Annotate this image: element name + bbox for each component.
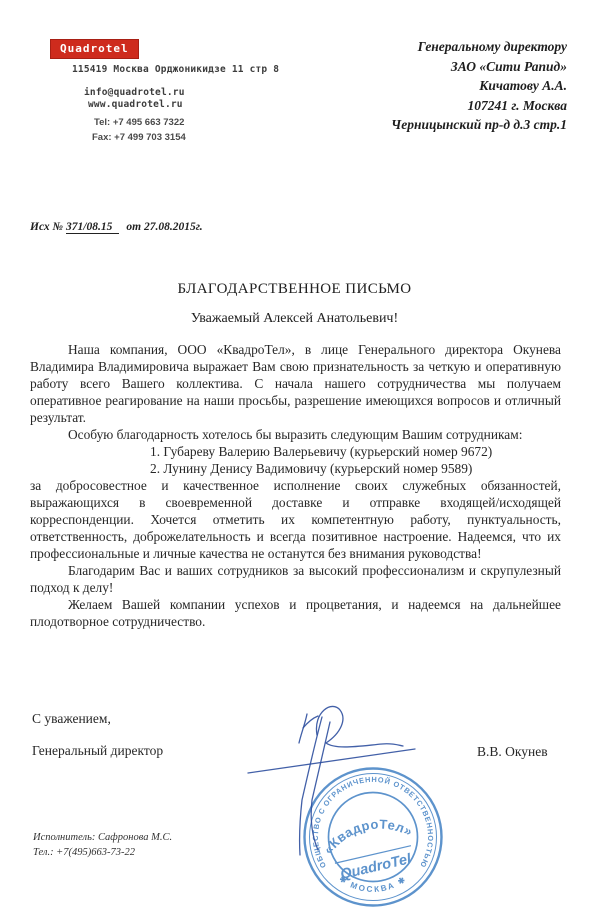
recipient-name: Кичатову А.А. [391, 76, 567, 96]
reference-line: Исх №371/08.15от 27.08.2015г. [30, 221, 203, 233]
company-fax: Fax: +7 499 703 3154 [92, 132, 186, 143]
signoff-position: Генеральный директор [32, 743, 163, 759]
letter-title: БЛАГОДАРСТВЕННОЕ ПИСЬМО [0, 281, 589, 298]
recipient-city: 107241 г. Москва [391, 96, 567, 116]
recipient-block: Генеральному директору ЗАО «Сити Рапид» … [391, 37, 567, 135]
recipient-street: Черницынский пр-д д.3 стр.1 [391, 115, 567, 135]
company-website: www.quadrotel.ru [88, 99, 183, 110]
signoff-name: В.В. Окунев [477, 744, 548, 760]
reference-prefix: Исх № [30, 221, 63, 233]
company-email: info@quadrotel.ru [84, 87, 185, 98]
signature-stroke [248, 749, 415, 773]
signoff-regards: С уважением, [32, 711, 111, 727]
letter-body: Наша компания, ООО «КвадроТел», в лице Г… [30, 341, 561, 630]
signature-stroke [300, 717, 322, 855]
recipient-position: Генеральному директору [391, 37, 567, 57]
paragraph-intro: Наша компания, ООО «КвадроТел», в лице Г… [30, 341, 561, 426]
company-address: 115419 Москва Орджоникидзе 11 стр 8 [72, 64, 279, 75]
recipient-company: ЗАО «Сити Рапид» [391, 57, 567, 77]
paragraph-duties: за добросовестное и качественное исполне… [30, 477, 561, 562]
company-phone: Tel: +7 495 663 7322 [94, 117, 184, 128]
executor-phone: Тел.: +7(495)663-73-22 [33, 847, 135, 858]
reference-date: от 27.08.2015г. [126, 221, 202, 233]
salutation: Уважаемый Алексей Анатольевич! [0, 311, 589, 327]
logo-text: Quadrotel [60, 42, 129, 55]
employee-item-1: 1. Губареву Валерию Валерьевичу (курьерс… [150, 443, 561, 460]
paragraph-gratitude: Особую благодарность хотелось бы выразит… [30, 426, 561, 443]
letter-page: Quadrotel 115419 Москва Орджоникидзе 11 … [0, 0, 589, 913]
director-signature [240, 688, 480, 888]
signature-stroke [311, 722, 330, 850]
paragraph-thanks: Благодарим Вас и ваших сотрудников за вы… [30, 562, 561, 596]
paragraph-wishes: Желаем Вашей компании успехов и процвета… [30, 596, 561, 630]
executor-line: Исполнитель: Сафронова М.С. [33, 832, 172, 843]
reference-number: 371/08.15 [66, 221, 119, 234]
company-logo: Quadrotel [50, 39, 139, 59]
employee-item-2: 2. Лунину Денису Вадимовичу (курьерский … [150, 460, 561, 477]
